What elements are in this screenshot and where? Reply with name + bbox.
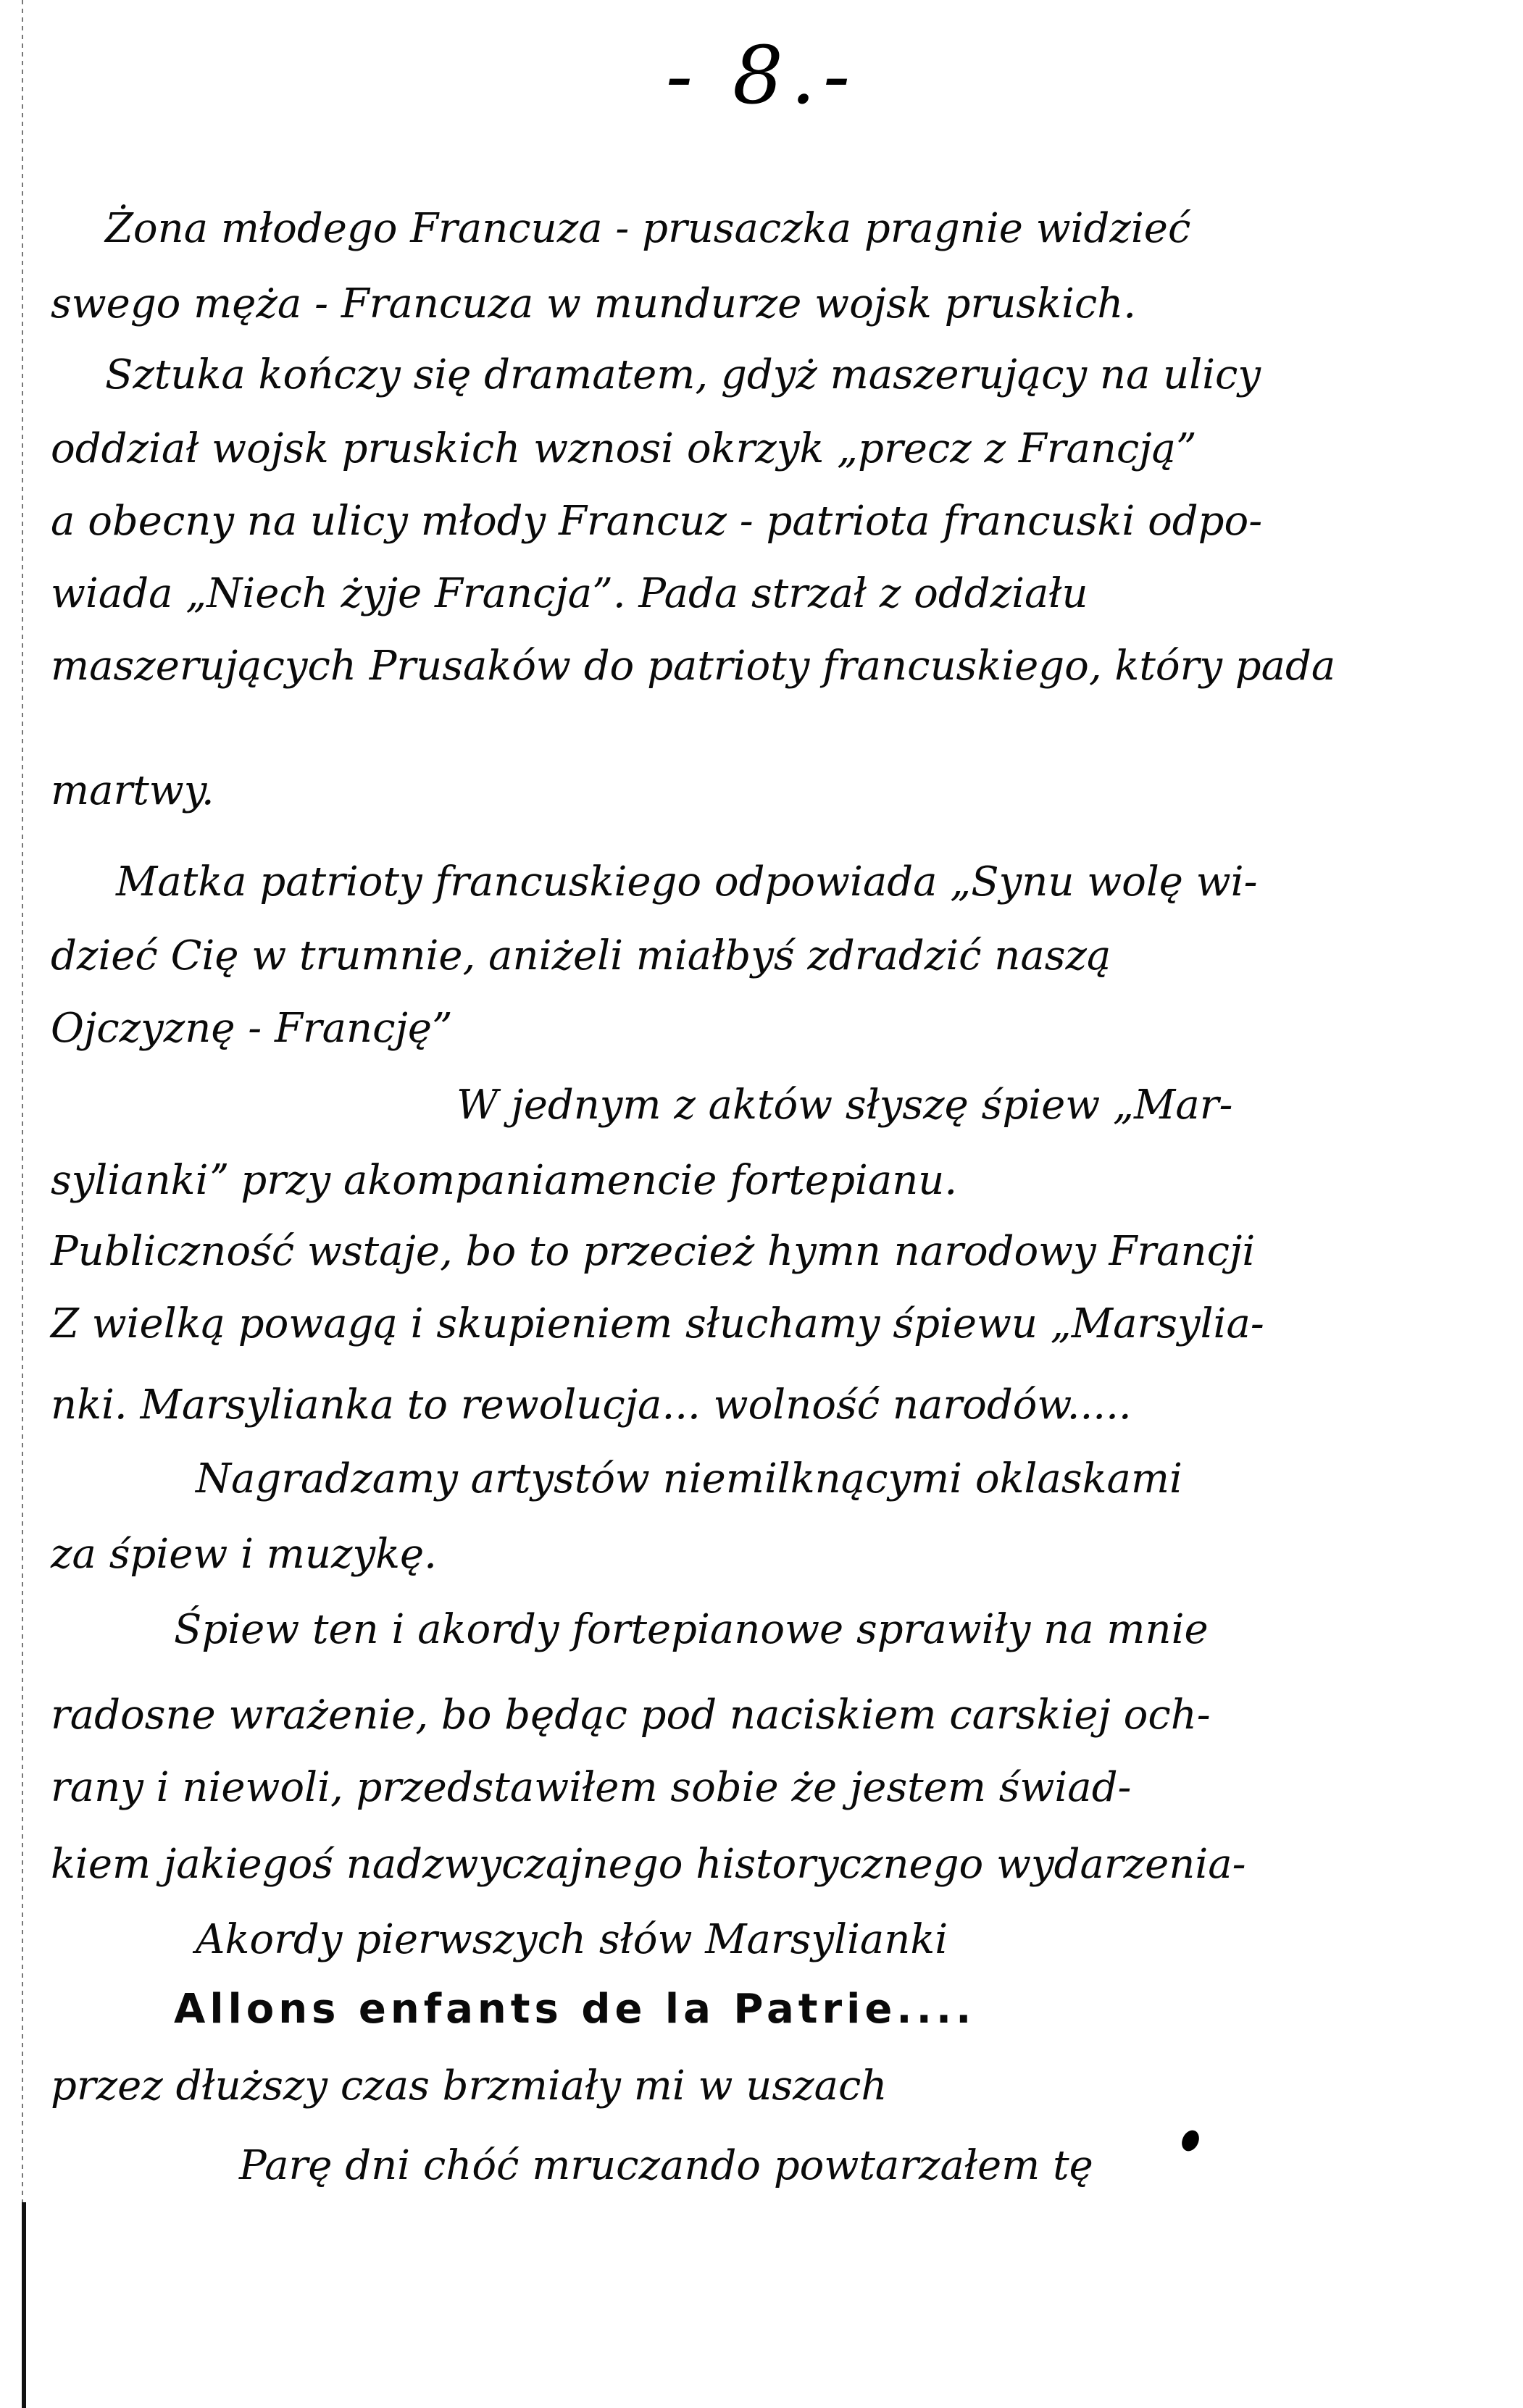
text-line: Matka patrioty francuskiego odpowiada „S… xyxy=(116,862,1258,903)
french-quote-line: Allons enfants de la Patrie.... xyxy=(174,1989,975,2030)
scan-left-edge-mark xyxy=(22,2202,26,2408)
text-line: przez dłuższy czas brzmiały mi w uszach xyxy=(51,2066,887,2107)
text-line: Śpiew ten i akordy fortepianowe sprawiły… xyxy=(174,1610,1209,1650)
text-line: Ojczyznę - Francję” xyxy=(51,1008,453,1049)
text-line: Żona młodego Francuza - prusaczka pragni… xyxy=(105,209,1190,249)
text-line: Sztuka kończy się dramatem, gdyż maszeru… xyxy=(105,355,1261,396)
text-line: swego męża - Francuza w mundurze wojsk p… xyxy=(51,284,1136,325)
page-number: - 8.- xyxy=(0,29,1523,122)
text-line: Nagradzamy artystów niemilknącymi oklask… xyxy=(196,1459,1182,1500)
text-line: Parę dni chóć mruczando powtarzałem tę xyxy=(239,2146,1093,2186)
text-line: oddział wojsk pruskich wznosi okrzyk „pr… xyxy=(51,429,1197,469)
text-line: syliankiˮ przy akompaniamencie fortepian… xyxy=(51,1161,957,1201)
text-line: nki. Marsylianka to rewolucja... wolność… xyxy=(51,1385,1132,1426)
text-line: Z wielką powagą i skupieniem słuchamy śp… xyxy=(51,1304,1264,1345)
text-line: W jednym z aktów słyszę śpiew „Mar- xyxy=(456,1085,1232,1126)
text-line: Publiczność wstaje, bo to przecież hymn … xyxy=(51,1232,1255,1272)
text-line: za śpiew i muzykę. xyxy=(51,1534,437,1575)
text-line: a obecny na ulicy młody Francuz - patrio… xyxy=(51,501,1262,542)
text-line: kiem jakiegoś nadzwyczajnego historyczne… xyxy=(51,1844,1246,1885)
text-line: martwy. xyxy=(51,771,214,811)
text-line: dzieć Cię w trumnie, aniżeli miałbyś zdr… xyxy=(51,936,1111,977)
text-line: rany i niewoli, przedstawiłem sobie że j… xyxy=(51,1768,1131,1808)
scan-left-edge xyxy=(22,0,23,2408)
ink-blot xyxy=(1179,2128,1203,2154)
text-line: Akordy pierwszych słów Marsylianki xyxy=(196,1920,948,1960)
text-line: wiada „Niech żyje Francja”. Pada strzał … xyxy=(51,574,1088,614)
text-line: radosne wrażenie, bo będąc pod naciskiem… xyxy=(51,1695,1211,1736)
text-line: maszerujących Prusaków do patrioty franc… xyxy=(51,646,1335,687)
